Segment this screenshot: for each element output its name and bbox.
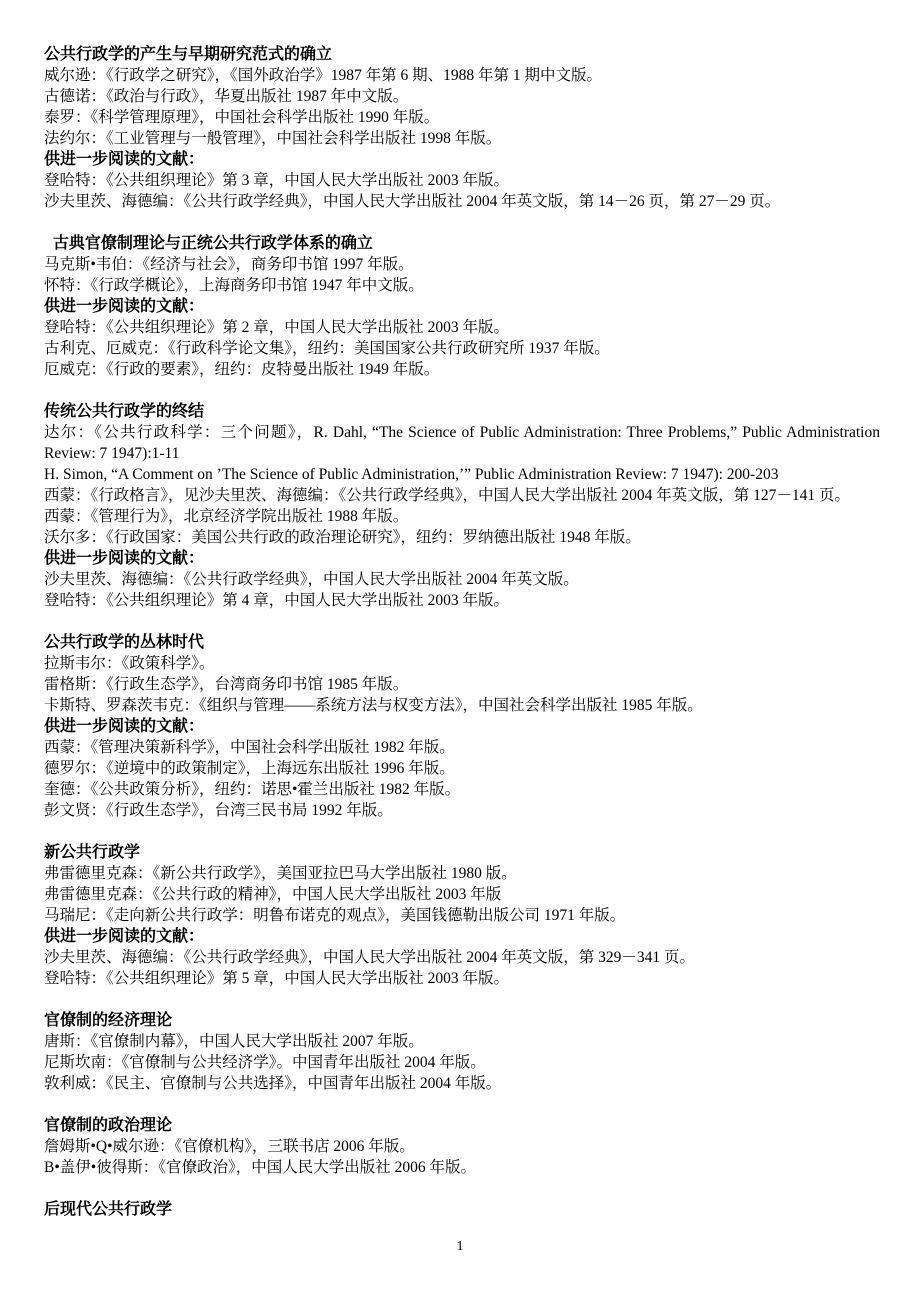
section-title: 古典官僚制理论与正统公共行政学体系的确立	[44, 233, 880, 254]
citation-line: 法约尔：《工业管理与一般管理》，中国社会科学出版社 1998 年版。	[44, 128, 880, 149]
citation-line: 马瑞尼：《走向新公共行政学：明鲁布诺克的观点》，美国钱德勒出版公司 1971 年…	[44, 905, 880, 926]
citation-line: B•盖伊•彼得斯：《官僚政治》，中国人民大学出版社 2006 年版。	[44, 1157, 880, 1178]
citation-line: 登哈特：《公共组织理论》第 2 章，中国人民大学出版社 2003 年版。	[44, 317, 880, 338]
citation-line: 敦利威：《民主、官僚制与公共选择》，中国青年出版社 2004 年版。	[44, 1073, 880, 1094]
citation-line: 唐斯：《官僚制内幕》，中国人民大学出版社 2007 年版。	[44, 1031, 880, 1052]
citation-line: 沙夫里茨、海德编：《公共行政学经典》，中国人民大学出版社 2004 年英文版，第…	[44, 947, 880, 968]
reading-list-section: 官僚制的政治理论詹姆斯•Q•威尔逊：《官僚机构》，三联书店 2006 年版。B•…	[44, 1115, 880, 1178]
citation-line: 尼斯坎南：《官僚制与公共经济学》。中国青年出版社 2004 年版。	[44, 1052, 880, 1073]
citation-line: 厄威克：《行政的要素》，纽约：皮特曼出版社 1949 年版。	[44, 359, 880, 380]
section-title: 后现代公共行政学	[44, 1199, 880, 1220]
section-title: 传统公共行政学的终结	[44, 401, 880, 422]
citation-line: 詹姆斯•Q•威尔逊：《官僚机构》，三联书店 2006 年版。	[44, 1136, 880, 1157]
document-page: 公共行政学的产生与早期研究范式的确立威尔逊：《行政学之研究》，《国外政治学》19…	[0, 0, 920, 1302]
citation-line: 泰罗：《科学管理原理》，中国社会科学出版社 1990 年版。	[44, 107, 880, 128]
citation-line: 拉斯韦尔：《政策科学》。	[44, 653, 880, 674]
page-number: 1	[0, 1238, 920, 1256]
reading-list-section: 古典官僚制理论与正统公共行政学体系的确立马克斯•韦伯：《经济与社会》，商务印书馆…	[44, 233, 880, 380]
section-title: 公共行政学的丛林时代	[44, 632, 880, 653]
reading-list-section: 公共行政学的产生与早期研究范式的确立威尔逊：《行政学之研究》，《国外政治学》19…	[44, 44, 880, 212]
citation-line: 沙夫里茨、海德编：《公共行政学经典》，中国人民大学出版社 2004 年英文版。	[44, 569, 880, 590]
citation-line: 西蒙：《管理行为》，北京经济学院出版社 1988 年版。	[44, 506, 880, 527]
section-title: 公共行政学的产生与早期研究范式的确立	[44, 44, 880, 65]
citation-line: 登哈特：《公共组织理论》第 3 章，中国人民大学出版社 2003 年版。	[44, 170, 880, 191]
section-title: 官僚制的政治理论	[44, 1115, 880, 1136]
citation-line: 古德诺：《政治与行政》，华夏出版社 1987 年中文版。	[44, 86, 880, 107]
further-reading-label: 供进一步阅读的文献：	[44, 716, 880, 737]
citation-line: H. Simon, “A Comment on ’The Science of …	[44, 464, 880, 485]
reading-list-section: 公共行政学的丛林时代拉斯韦尔：《政策科学》。雷格斯：《行政生态学》，台湾商务印书…	[44, 632, 880, 821]
further-reading-label: 供进一步阅读的文献：	[44, 149, 880, 170]
reading-list-section: 官僚制的经济理论唐斯：《官僚制内幕》，中国人民大学出版社 2007 年版。尼斯坎…	[44, 1010, 880, 1094]
reading-list-section: 传统公共行政学的终结达尔：《公共行政科学：三个问题》，R. Dahl, “The…	[44, 401, 880, 611]
citation-line: 雷格斯：《行政生态学》，台湾商务印书馆 1985 年版。	[44, 674, 880, 695]
citation-line: 卡斯特、罗森茨韦克：《组织与管理——系统方法与权变方法》，中国社会科学出版社 1…	[44, 695, 880, 716]
further-reading-label: 供进一步阅读的文献：	[44, 296, 880, 317]
further-reading-label: 供进一步阅读的文献：	[44, 548, 880, 569]
citation-line: 弗雷德里克森：《公共行政的精神》，中国人民大学出版社 2003 年版	[44, 884, 880, 905]
section-title: 官僚制的经济理论	[44, 1010, 880, 1031]
citation-line: 西蒙：《行政格言》，见沙夫里茨、海德编：《公共行政学经典》，中国人民大学出版社 …	[44, 485, 880, 506]
citation-line: 威尔逊：《行政学之研究》，《国外政治学》1987 年第 6 期、1988 年第 …	[44, 65, 880, 86]
citation-line: 德罗尔：《逆境中的政策制定》，上海远东出版社 1996 年版。	[44, 758, 880, 779]
citation-line: 沃尔多：《行政国家：美国公共行政的政治理论研究》，纽约：罗纳德出版社 1948 …	[44, 527, 880, 548]
citation-line: 登哈特：《公共组织理论》第 4 章，中国人民大学出版社 2003 年版。	[44, 590, 880, 611]
document-body: 公共行政学的产生与早期研究范式的确立威尔逊：《行政学之研究》，《国外政治学》19…	[44, 44, 880, 1241]
citation-line: 古利克、厄威克：《行政科学论文集》，纽约：美国国家公共行政研究所 1937 年版…	[44, 338, 880, 359]
reading-list-section: 后现代公共行政学	[44, 1199, 880, 1220]
citation-line: 奎德：《公共政策分析》，纽约：诺思•霍兰出版社 1982 年版。	[44, 779, 880, 800]
citation-line: 怀特：《行政学概论》，上海商务印书馆 1947 年中文版。	[44, 275, 880, 296]
reading-list-section: 新公共行政学弗雷德里克森：《新公共行政学》，美国亚拉巴马大学出版社 1980 版…	[44, 842, 880, 989]
citation-line: 弗雷德里克森：《新公共行政学》，美国亚拉巴马大学出版社 1980 版。	[44, 863, 880, 884]
further-reading-label: 供进一步阅读的文献：	[44, 926, 880, 947]
citation-line: 沙夫里茨、海德编：《公共行政学经典》，中国人民大学出版社 2004 年英文版，第…	[44, 191, 880, 212]
citation-line: 马克斯•韦伯：《经济与社会》，商务印书馆 1997 年版。	[44, 254, 880, 275]
citation-line: 登哈特：《公共组织理论》第 5 章，中国人民大学出版社 2003 年版。	[44, 968, 880, 989]
citation-line: 西蒙：《管理决策新科学》，中国社会科学出版社 1982 年版。	[44, 737, 880, 758]
citation-line: 达尔：《公共行政科学：三个问题》，R. Dahl, “The Science o…	[44, 422, 880, 464]
section-title: 新公共行政学	[44, 842, 880, 863]
citation-line: 彭文贤：《行政生态学》，台湾三民书局 1992 年版。	[44, 800, 880, 821]
